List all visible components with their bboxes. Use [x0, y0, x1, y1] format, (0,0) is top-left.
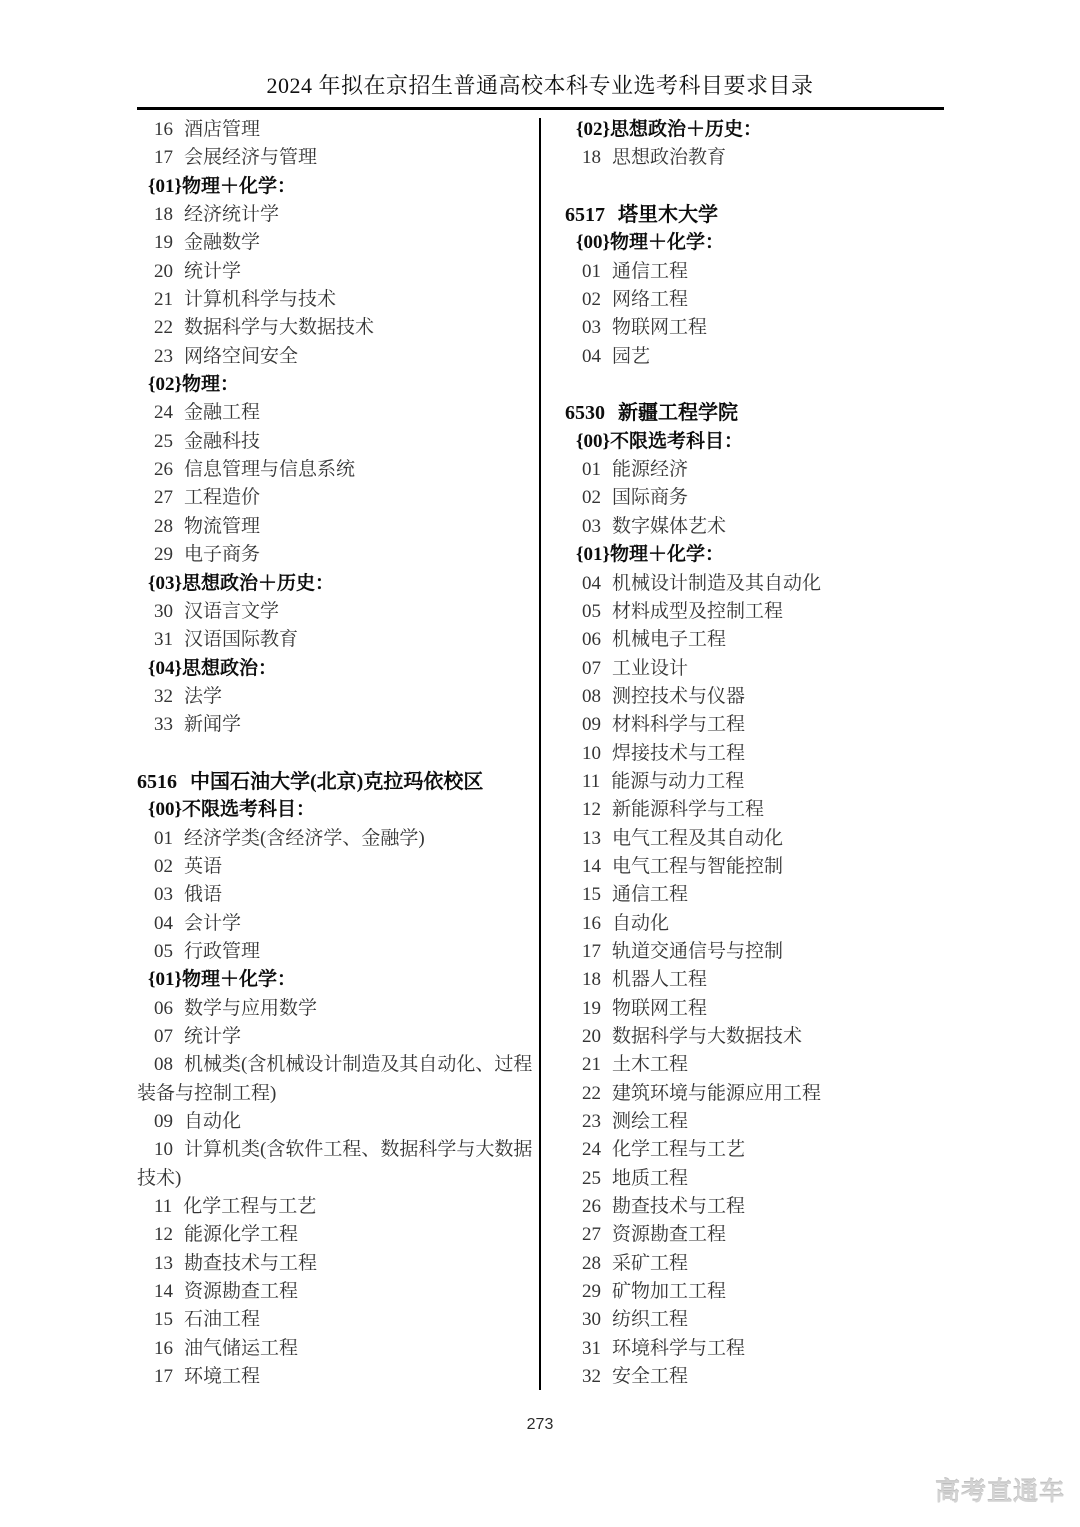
major-name: 油气储运工程 [184, 1338, 298, 1359]
major-number: 27 [154, 487, 173, 508]
major-number: 29 [154, 544, 173, 565]
major-name: 网络工程 [612, 289, 688, 310]
major-list-item: 28采矿工程 [565, 1250, 967, 1278]
major-list-item: 14资源勘查工程 [137, 1278, 535, 1306]
major-number: 04 [582, 573, 601, 594]
major-name: 地质工程 [612, 1168, 688, 1189]
major-name: 新能源科学与工程 [612, 799, 764, 820]
major-list-item: 33新闻学 [137, 711, 535, 739]
major-name: 自动化 [612, 913, 669, 934]
major-list-item: 06数学与应用数学 [137, 995, 535, 1023]
major-number: 23 [582, 1111, 601, 1132]
major-name: 材料成型及控制工程 [612, 601, 783, 622]
major-list-item: 26信息管理与信息系统 [137, 456, 535, 484]
major-number: 18 [582, 147, 601, 168]
major-name: 电子商务 [184, 544, 260, 565]
major-name: 数据科学与大数据技术 [612, 1026, 802, 1047]
major-list-item: 03俄语 [137, 881, 535, 909]
major-list-item: 30纺织工程 [565, 1306, 967, 1334]
major-name: 物联网工程 [612, 317, 707, 338]
major-number: 02 [582, 487, 601, 508]
major-list-item: 01能源经济 [565, 456, 967, 484]
major-list-item: 17环境工程 [137, 1363, 535, 1391]
major-list-item: 25地质工程 [565, 1165, 967, 1193]
major-name: 俄语 [184, 884, 222, 905]
major-list-item: 16酒店管理 [137, 116, 535, 144]
major-list-item: 16自动化 [565, 910, 967, 938]
major-number: 12 [154, 1224, 173, 1245]
university-code: 6517 [565, 204, 605, 226]
major-number: 10 [154, 1139, 173, 1160]
major-number: 16 [582, 913, 601, 934]
major-name: 资源勘查工程 [612, 1224, 726, 1245]
major-number: 33 [154, 714, 173, 735]
major-list-item: 16油气储运工程 [137, 1335, 535, 1363]
major-number: 20 [154, 261, 173, 282]
major-list-item: 08测控技术与仪器 [565, 683, 967, 711]
major-name: 物联网工程 [612, 998, 707, 1019]
major-number: 05 [154, 941, 173, 962]
major-list-item: 02英语 [137, 853, 535, 881]
major-list-item: 31汉语国际教育 [137, 626, 535, 654]
major-list-item: 11化学工程与工艺 [137, 1193, 535, 1221]
major-list-item: 11能源与动力工程 [565, 768, 967, 796]
column-divider [539, 118, 541, 1390]
major-name: 计算机科学与技术 [184, 289, 336, 310]
major-list-item: 17轨道交通信号与控制 [565, 938, 967, 966]
major-number: 27 [582, 1224, 601, 1245]
major-name: 能源化学工程 [184, 1224, 298, 1245]
major-list-item: 28物流管理 [137, 513, 535, 541]
major-name: 数学与应用数学 [184, 998, 317, 1019]
blank-line [565, 173, 967, 201]
major-name: 金融科技 [184, 431, 260, 452]
major-number: 13 [582, 828, 601, 849]
major-name: 网络空间安全 [184, 346, 298, 367]
major-list-item: 26勘查技术与工程 [565, 1193, 967, 1221]
major-number: 02 [582, 289, 601, 310]
major-list-item: 02网络工程 [565, 286, 967, 314]
major-number: 31 [154, 629, 173, 650]
university-header: 6516中国石油大学(北京)克拉玛依校区 [137, 768, 535, 796]
major-name: 酒店管理 [184, 119, 260, 140]
major-list-item: 19金融数学 [137, 229, 535, 257]
major-name: 通信工程 [612, 261, 688, 282]
major-number: 09 [582, 714, 601, 735]
major-number: 11 [582, 771, 600, 792]
major-name: 工业设计 [612, 658, 688, 679]
major-list-item: 21土木工程 [565, 1051, 967, 1079]
major-name: 能源经济 [612, 459, 688, 480]
major-number: 21 [582, 1054, 601, 1075]
major-list-item: 20数据科学与大数据技术 [565, 1023, 967, 1051]
major-number: 15 [154, 1309, 173, 1330]
major-list-item: 24金融工程 [137, 399, 535, 427]
major-number: 32 [582, 1366, 601, 1387]
major-number: 29 [582, 1281, 601, 1302]
major-number: 01 [582, 459, 601, 480]
major-list-item: 05材料成型及控制工程 [565, 598, 967, 626]
major-name: 经济统计学 [184, 204, 279, 225]
major-name: 英语 [184, 856, 222, 877]
major-name: 计算机类(含软件工程、数据科学与大数据技术) [137, 1139, 532, 1188]
major-list-item: 18机器人工程 [565, 966, 967, 994]
university-name: 塔里木大学 [618, 204, 718, 226]
watermark-text: 高考直通车 [935, 1472, 1065, 1508]
major-name: 轨道交通信号与控制 [612, 941, 783, 962]
major-list-item: 03物联网工程 [565, 314, 967, 342]
university-name: 新疆工程学院 [618, 402, 738, 424]
major-list-item: 01经济学类(含经济学、金融学) [137, 825, 535, 853]
major-list-item: 13勘查技术与工程 [137, 1250, 535, 1278]
major-list-item: 07统计学 [137, 1023, 535, 1051]
major-number: 21 [154, 289, 173, 310]
major-name: 思想政治教育 [612, 147, 726, 168]
major-number: 20 [582, 1026, 601, 1047]
university-code: 6530 [565, 402, 605, 424]
university-header: 6517塔里木大学 [565, 201, 967, 229]
major-name: 测控技术与仪器 [612, 686, 745, 707]
major-list-item: 15石油工程 [137, 1306, 535, 1334]
major-number: 07 [154, 1026, 173, 1047]
major-name: 统计学 [184, 261, 241, 282]
major-name: 数据科学与大数据技术 [184, 317, 374, 338]
major-name: 新闻学 [184, 714, 241, 735]
major-list-item: 10计算机类(含软件工程、数据科学与大数据技术) [137, 1136, 535, 1193]
major-name: 汉语国际教育 [184, 629, 298, 650]
major-name: 勘查技术与工程 [612, 1196, 745, 1217]
major-number: 03 [582, 516, 601, 537]
major-number: 09 [154, 1111, 173, 1132]
major-number: 10 [582, 743, 601, 764]
major-number: 18 [582, 969, 601, 990]
major-name: 金融工程 [184, 402, 260, 423]
major-list-item: 15通信工程 [565, 881, 967, 909]
major-number: 16 [154, 119, 173, 140]
major-list-item: 20统计学 [137, 258, 535, 286]
major-name: 统计学 [184, 1026, 241, 1047]
major-list-item: 21计算机科学与技术 [137, 286, 535, 314]
major-list-item: 04会计学 [137, 910, 535, 938]
major-name: 电气工程及其自动化 [612, 828, 783, 849]
major-number: 04 [154, 913, 173, 934]
major-name: 经济学类(含经济学、金融学) [184, 828, 425, 849]
left-column: 16酒店管理17会展经济与管理{01}物理＋化学：18经济统计学19金融数学20… [137, 116, 535, 1391]
blank-line [565, 371, 967, 399]
major-name: 会展经济与管理 [184, 147, 317, 168]
major-name: 环境工程 [184, 1366, 260, 1387]
major-number: 08 [582, 686, 601, 707]
major-name: 环境科学与工程 [612, 1338, 745, 1359]
major-number: 17 [582, 941, 601, 962]
major-list-item: 27资源勘查工程 [565, 1221, 967, 1249]
major-list-item: 23网络空间安全 [137, 343, 535, 371]
section-header: {01}物理＋化学： [565, 541, 967, 569]
major-number: 11 [154, 1196, 172, 1217]
section-header: {00}物理＋化学： [565, 229, 967, 257]
document-title: 2024 年拟在京招生普通高校本科专业选考科目要求目录 [0, 72, 1080, 100]
major-number: 06 [582, 629, 601, 650]
major-list-item: 05行政管理 [137, 938, 535, 966]
major-list-item: 18思想政治教育 [565, 144, 967, 172]
major-number: 14 [154, 1281, 173, 1302]
section-header: {04}思想政治： [137, 655, 535, 683]
major-name: 焊接技术与工程 [612, 743, 745, 764]
major-name: 化学工程与工艺 [183, 1196, 316, 1217]
major-number: 25 [154, 431, 173, 452]
major-list-item: 08机械类(含机械设计制造及其自动化、过程装备与控制工程) [137, 1051, 535, 1108]
university-code: 6516 [137, 771, 177, 793]
major-name: 电气工程与智能控制 [612, 856, 783, 877]
section-header: {02}物理： [137, 371, 535, 399]
major-list-item: 24化学工程与工艺 [565, 1136, 967, 1164]
major-list-item: 01通信工程 [565, 258, 967, 286]
major-list-item: 32安全工程 [565, 1363, 967, 1391]
right-column: {02}思想政治＋历史：18思想政治教育6517塔里木大学{00}物理＋化学：0… [565, 116, 967, 1391]
major-name: 机械设计制造及其自动化 [612, 573, 821, 594]
major-number: 19 [582, 998, 601, 1019]
major-list-item: 19物联网工程 [565, 995, 967, 1023]
major-list-item: 27工程造价 [137, 484, 535, 512]
major-number: 22 [154, 317, 173, 338]
major-number: 16 [154, 1338, 173, 1359]
major-list-item: 04机械设计制造及其自动化 [565, 570, 967, 598]
major-name: 园艺 [612, 346, 650, 367]
major-name: 行政管理 [184, 941, 260, 962]
section-header: {03}思想政治＋历史： [137, 570, 535, 598]
major-number: 28 [154, 516, 173, 537]
major-name: 数字媒体艺术 [612, 516, 726, 537]
major-name: 机械类(含机械设计制造及其自动化、过程装备与控制工程) [137, 1054, 532, 1103]
major-name: 材料科学与工程 [612, 714, 745, 735]
major-name: 建筑环境与能源应用工程 [612, 1083, 821, 1104]
section-header: {00}不限选考科目： [565, 428, 967, 456]
major-number: 03 [582, 317, 601, 338]
major-number: 14 [582, 856, 601, 877]
major-list-item: 22数据科学与大数据技术 [137, 314, 535, 342]
major-list-item: 13电气工程及其自动化 [565, 825, 967, 853]
major-number: 12 [582, 799, 601, 820]
major-list-item: 18经济统计学 [137, 201, 535, 229]
major-name: 机器人工程 [612, 969, 707, 990]
major-list-item: 29矿物加工工程 [565, 1278, 967, 1306]
major-number: 03 [154, 884, 173, 905]
major-name: 信息管理与信息系统 [184, 459, 355, 480]
major-name: 物流管理 [184, 516, 260, 537]
major-list-item: 12新能源科学与工程 [565, 796, 967, 824]
major-number: 26 [154, 459, 173, 480]
major-list-item: 31环境科学与工程 [565, 1335, 967, 1363]
major-number: 25 [582, 1168, 601, 1189]
major-number: 24 [154, 402, 173, 423]
major-number: 30 [582, 1309, 601, 1330]
major-name: 石油工程 [184, 1309, 260, 1330]
major-number: 26 [582, 1196, 601, 1217]
major-list-item: 09材料科学与工程 [565, 711, 967, 739]
major-number: 04 [582, 346, 601, 367]
major-list-item: 25金融科技 [137, 428, 535, 456]
major-name: 工程造价 [184, 487, 260, 508]
major-name: 纺织工程 [612, 1309, 688, 1330]
document-page: 2024 年拟在京招生普通高校本科专业选考科目要求目录 16酒店管理17会展经济… [0, 0, 1080, 1527]
major-list-item: 10焊接技术与工程 [565, 740, 967, 768]
section-header: {02}思想政治＋历史： [565, 116, 967, 144]
major-number: 24 [582, 1139, 601, 1160]
major-number: 30 [154, 601, 173, 622]
major-number: 01 [582, 261, 601, 282]
major-name: 自动化 [184, 1111, 241, 1132]
major-number: 15 [582, 884, 601, 905]
major-name: 土木工程 [612, 1054, 688, 1075]
major-name: 国际商务 [612, 487, 688, 508]
major-list-item: 09自动化 [137, 1108, 535, 1136]
major-number: 31 [582, 1338, 601, 1359]
major-name: 能源与动力工程 [611, 771, 744, 792]
major-number: 05 [582, 601, 601, 622]
major-list-item: 03数字媒体艺术 [565, 513, 967, 541]
major-list-item: 17会展经济与管理 [137, 144, 535, 172]
section-header: {01}物理＋化学： [137, 966, 535, 994]
major-list-item: 29电子商务 [137, 541, 535, 569]
major-number: 22 [582, 1083, 601, 1104]
major-name: 汉语言文学 [184, 601, 279, 622]
major-number: 02 [154, 856, 173, 877]
major-list-item: 06机械电子工程 [565, 626, 967, 654]
major-number: 01 [154, 828, 173, 849]
major-number: 17 [154, 1366, 173, 1387]
section-header: {01}物理＋化学： [137, 173, 535, 201]
blank-line [137, 740, 535, 768]
major-list-item: 22建筑环境与能源应用工程 [565, 1080, 967, 1108]
page-number: 273 [0, 1416, 1080, 1434]
major-number: 13 [154, 1253, 173, 1274]
major-list-item: 12能源化学工程 [137, 1221, 535, 1249]
major-name: 机械电子工程 [612, 629, 726, 650]
major-number: 17 [154, 147, 173, 168]
major-list-item: 07工业设计 [565, 655, 967, 683]
major-name: 资源勘查工程 [184, 1281, 298, 1302]
major-name: 法学 [184, 686, 222, 707]
major-name: 通信工程 [612, 884, 688, 905]
major-name: 采矿工程 [612, 1253, 688, 1274]
major-list-item: 32法学 [137, 683, 535, 711]
major-name: 测绘工程 [612, 1111, 688, 1132]
major-list-item: 23测绘工程 [565, 1108, 967, 1136]
major-number: 07 [582, 658, 601, 679]
major-list-item: 02国际商务 [565, 484, 967, 512]
major-list-item: 04园艺 [565, 343, 967, 371]
university-name: 中国石油大学(北京)克拉玛依校区 [190, 771, 483, 793]
major-list-item: 30汉语言文学 [137, 598, 535, 626]
header-rule [137, 107, 944, 110]
major-number: 08 [154, 1054, 173, 1075]
section-header: {00}不限选考科目： [137, 796, 535, 824]
major-number: 23 [154, 346, 173, 367]
major-name: 勘查技术与工程 [184, 1253, 317, 1274]
major-list-item: 14电气工程与智能控制 [565, 853, 967, 881]
major-name: 化学工程与工艺 [612, 1139, 745, 1160]
major-name: 安全工程 [612, 1366, 688, 1387]
major-name: 矿物加工工程 [612, 1281, 726, 1302]
university-header: 6530新疆工程学院 [565, 399, 967, 427]
major-name: 金融数学 [184, 232, 260, 253]
major-number: 28 [582, 1253, 601, 1274]
major-number: 06 [154, 998, 173, 1019]
major-number: 18 [154, 204, 173, 225]
major-number: 19 [154, 232, 173, 253]
major-name: 会计学 [184, 913, 241, 934]
major-number: 32 [154, 686, 173, 707]
